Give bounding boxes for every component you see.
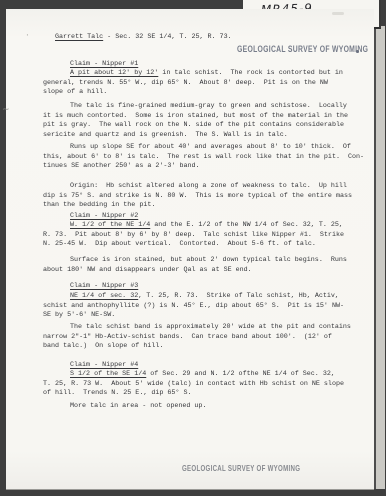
claim-3-paragraph: The talc schist band is approximately 20… xyxy=(43,323,373,352)
scan-smudge xyxy=(332,12,344,15)
document-title-name: Garrett Talc xyxy=(55,33,103,41)
claim-1-paragraph: The talc is fine-grained medium-gray to … xyxy=(43,102,373,140)
page-edge-sliver xyxy=(374,26,385,489)
document-page: · ~ Garrett Talc - Sec. 32 SE 1/4, T. 25… xyxy=(6,9,374,490)
claim-1-lead-paragraph: A pit about 12' by 12' in talc schist. T… xyxy=(43,69,373,98)
document-title-location: - Sec. 32 SE 1/4, T. 25, R. 73. xyxy=(103,33,231,41)
claim-4-location: S 1/2 of the SE 1/4 xyxy=(70,370,146,378)
claim-2-paragraph: Surface is iron stained, but about 2' do… xyxy=(43,256,373,275)
claim-4-paragraph: More talc in area - not opened up. xyxy=(43,402,373,412)
claim-1-location: A pit about 12' by 12' xyxy=(70,69,158,77)
document-title: Garrett Talc - Sec. 32 SE 1/4, T. 25, R.… xyxy=(55,33,385,43)
claim-3-lead-paragraph: NE 1/4 of sec. 32, T. 25, R. 73. Strike … xyxy=(43,292,373,321)
scan-speck: · xyxy=(25,31,30,40)
agency-stamp-top: GEOLOGICAL SURVEY OF WYOMING xyxy=(237,44,368,55)
margin-pencil-mark: ~ xyxy=(2,105,10,115)
scanned-document: MR45-9 · ~ Garrett Talc - Sec. 32 SE 1/4… xyxy=(0,0,386,496)
stamp-ink-dot xyxy=(356,50,359,53)
claim-2-location: W. 1/2 of the NE 1/4 xyxy=(70,221,150,229)
agency-stamp-bottom: GEOLOGICAL SURVEY OF WYOMING xyxy=(182,463,300,473)
claim-4-lead-paragraph: S 1/2 of the SE 1/4 of Sec. 29 and N. 1/… xyxy=(43,370,373,399)
claim-2-lead-paragraph: W. 1/2 of the NE 1/4 and the E. 1/2 of t… xyxy=(43,221,373,250)
claim-3-location: NE 1/4 of sec. 32 xyxy=(70,292,138,300)
claim-3-heading: Claim - Nipper #3 xyxy=(70,282,270,292)
claim-1-paragraph: Origin: Hb schist altered along a zone o… xyxy=(43,182,373,211)
claim-1-paragraph: Runs up slope SE for about 40' and avera… xyxy=(43,143,373,172)
